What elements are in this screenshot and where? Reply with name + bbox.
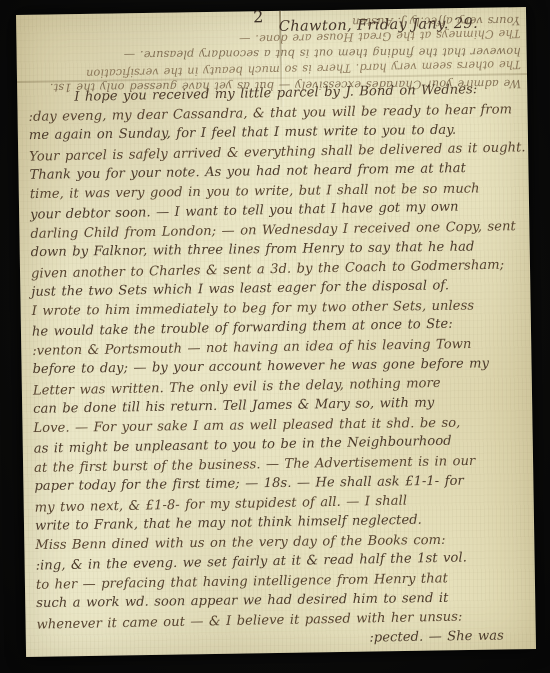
letter-body: I hope you received my little parcel by … [28, 80, 530, 653]
photo-backdrop: We admire your Charades excessively — bu… [0, 0, 550, 673]
dateline: Chawton, Friday Jany. 29. [279, 16, 479, 35]
letter-page: We admire your Charades excessively — bu… [16, 7, 536, 657]
page-number: 2 [253, 7, 263, 26]
